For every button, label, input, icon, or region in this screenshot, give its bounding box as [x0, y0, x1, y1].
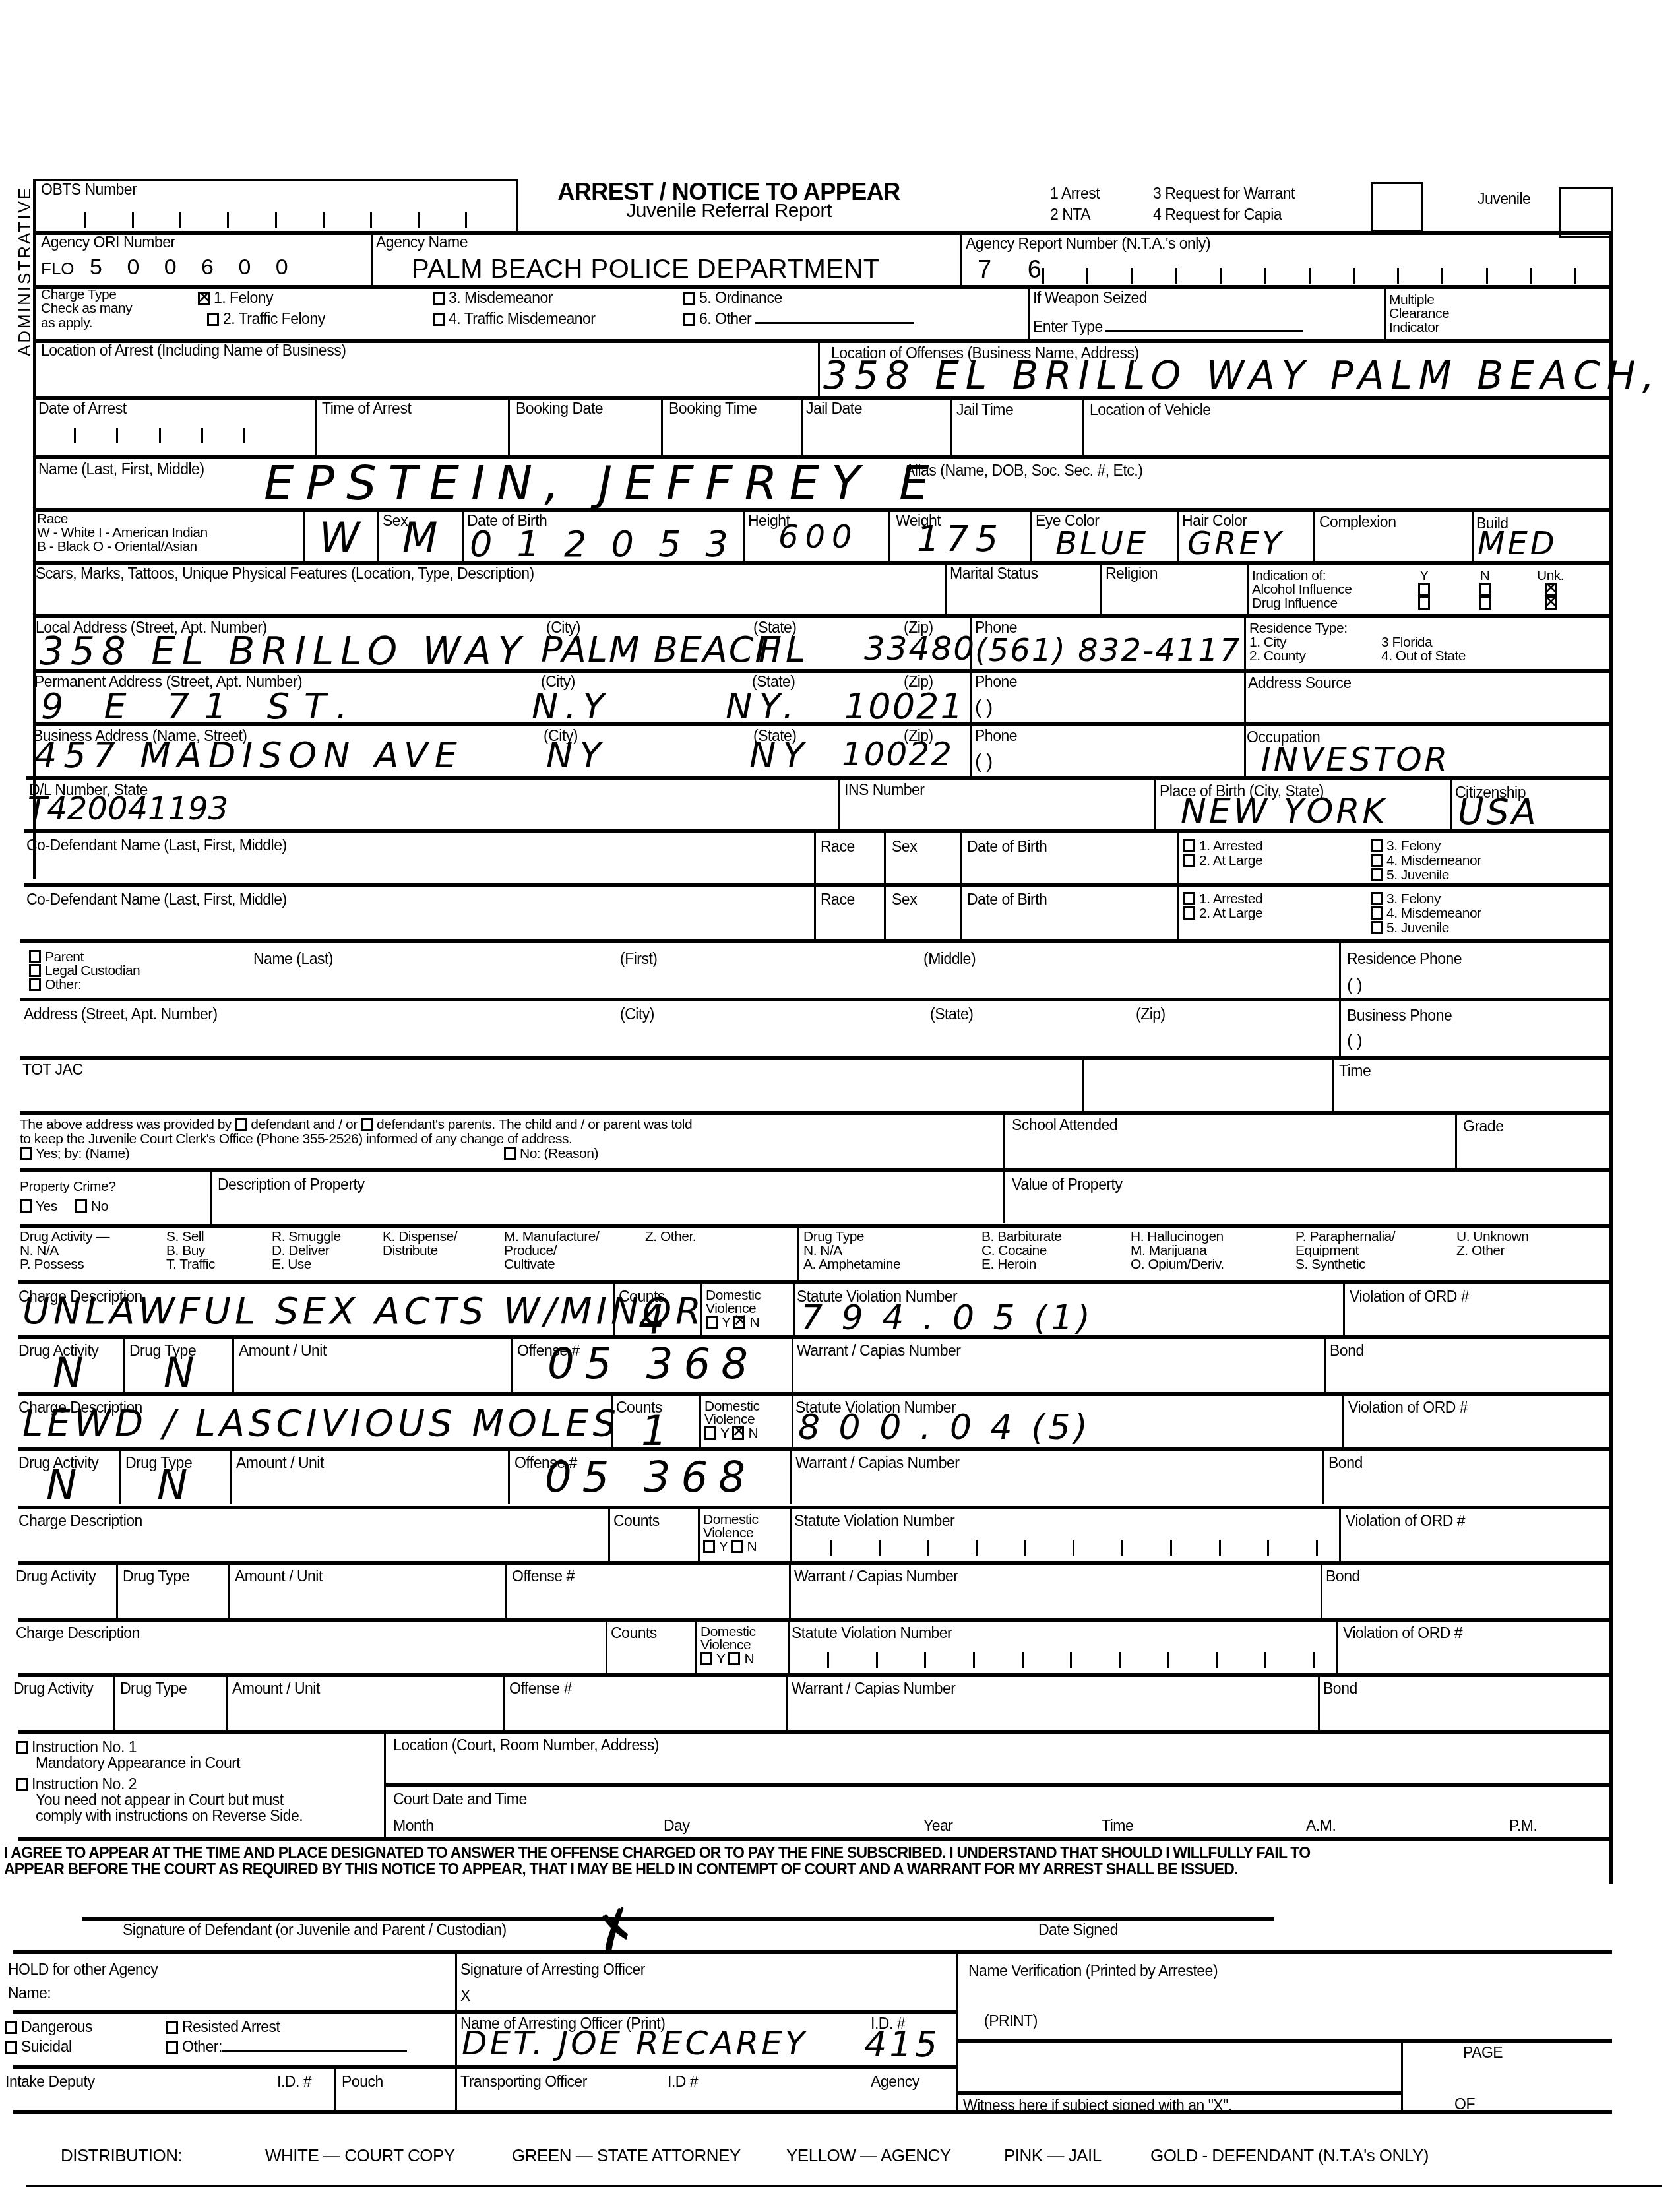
ins-number-label: INS Number	[844, 782, 925, 798]
religion-label: Religion	[1105, 566, 1158, 581]
charge-1-counts-value[interactable]: 4	[638, 1300, 671, 1341]
name-verification-label: Name Verification (Printed by Arrestee)	[968, 1963, 1218, 1979]
transporting-id-label: I.D #	[668, 2074, 698, 2089]
address-source-label: Address Source	[1248, 676, 1352, 691]
divider	[18, 1392, 1612, 1396]
administrative-side-label: ADMINISTRATIVE	[15, 186, 35, 356]
codefendant-1-name-label: Co-Defendant Name (Last, First, Middle)	[26, 838, 287, 853]
divider	[20, 1111, 1612, 1115]
charge-1-drug-type-value[interactable]: N	[164, 1352, 201, 1393]
type-code-box[interactable]	[1371, 182, 1423, 232]
citizenship-value[interactable]: USA	[1458, 794, 1539, 830]
charge-2-dv[interactable]: DomesticViolenceY N	[704, 1400, 760, 1440]
flags-right[interactable]: Resisted Arrest Other:	[166, 2017, 407, 2057]
divider	[18, 1673, 1612, 1677]
address-notice: The above address was provided by defend…	[20, 1118, 692, 1161]
court-am-label: A.M.	[1306, 1818, 1336, 1833]
divider	[788, 1619, 790, 1673]
divider	[34, 722, 1612, 726]
agency-ori-value: FLO 5 0 0 6 0 0	[41, 255, 297, 280]
charge-1-statute-value[interactable]: 7 9 4 . 0 5 (1)	[801, 1301, 1094, 1335]
instruction-1[interactable]: Instruction No. 1 Mandatory Appearance i…	[16, 1739, 240, 1771]
divider	[1313, 509, 1315, 562]
divider	[818, 340, 820, 400]
divider	[13, 2065, 958, 2069]
charge-3-drug-type-label: Drug Type	[123, 1569, 189, 1584]
hold-label: HOLD for other Agency	[8, 1962, 158, 1977]
codefendant-2-dob-label: Date of Birth	[967, 892, 1047, 907]
divider	[661, 397, 663, 459]
codefendant-2-charge[interactable]: 3. Felony 4. Misdemeanor 5. Juvenile	[1371, 892, 1481, 936]
charge-2-drug-activity-value[interactable]: N	[46, 1465, 83, 1506]
divider	[18, 1506, 1612, 1509]
charge-option-ordinance[interactable]: 5. Ordinance	[683, 290, 782, 305]
divider	[26, 2185, 1662, 2187]
codefendant-1-charge[interactable]: 3. Felony 4. Misdemeanor 5. Juvenile	[1371, 839, 1481, 883]
divider	[315, 397, 317, 459]
divider	[958, 2039, 1612, 2043]
enter-type-label[interactable]: Enter Type	[1033, 319, 1303, 334]
agreement-text: I AGREE TO APPEAR AT THE TIME AND PLACE …	[4, 1845, 1310, 1878]
charge-3-counts-label: Counts	[613, 1513, 660, 1529]
divider	[210, 1169, 212, 1224]
property-crime[interactable]: Property Crime? YesNo	[20, 1177, 115, 1217]
agency-report-label: Agency Report Number (N.T.A.'s only)	[966, 236, 1210, 251]
divider	[1339, 1507, 1341, 1561]
charge-1-bond-label: Bond	[1330, 1343, 1364, 1358]
divider	[699, 1393, 701, 1447]
charge-2-statute-value[interactable]: 8 0 0 . 0 4 (5)	[798, 1411, 1092, 1445]
codefendant-2-race-label: Race	[821, 892, 855, 907]
date-ticks	[74, 428, 245, 443]
date-signed-label: Date Signed	[1038, 1922, 1118, 1938]
divider	[455, 1952, 457, 2110]
pouch-label: Pouch	[342, 2074, 383, 2089]
biz-street-value[interactable]: 457 MADISON AVE	[34, 738, 464, 773]
indication-unk[interactable]: Unk.	[1537, 569, 1564, 610]
divider	[334, 2066, 336, 2110]
divider	[1322, 1449, 1324, 1504]
divider	[13, 2010, 958, 2014]
divider	[1082, 1057, 1084, 1111]
charge-2-counts-value[interactable]: 1	[641, 1411, 673, 1451]
divider	[18, 1280, 1612, 1284]
checkbox-checked[interactable]	[198, 292, 210, 305]
jail-date-label: Jail Date	[806, 401, 862, 416]
charge-option-other[interactable]: 6. Other	[683, 311, 914, 327]
checkbox[interactable]	[433, 292, 445, 305]
divider	[1244, 615, 1246, 776]
guardian-city-label: (City)	[620, 1007, 654, 1022]
guardian-res-phone-label: Residence Phone	[1347, 951, 1462, 967]
transporting-agency-label: Agency	[871, 2074, 919, 2089]
divider	[505, 1562, 507, 1618]
divider	[508, 397, 510, 459]
statute-ticks	[827, 1652, 1315, 1668]
biz-phone-label: Phone	[975, 728, 1017, 744]
perm-zip-value[interactable]: 10021	[844, 689, 964, 724]
divider	[790, 1507, 792, 1561]
charge-3-statute-label: Statute Violation Number	[794, 1513, 954, 1529]
guardian-address-label: Address (Street, Apt. Number)	[24, 1007, 218, 1022]
charge-1-amount-label: Amount / Unit	[239, 1343, 327, 1358]
booking-time-label: Booking Time	[669, 401, 757, 416]
distribution-row: DISTRIBUTION: WHITE — COURT COPY GREEN —…	[61, 2147, 1429, 2164]
divider	[1455, 1112, 1457, 1168]
divider	[611, 1393, 613, 1447]
divider	[226, 1674, 228, 1730]
divider	[371, 232, 373, 285]
charge-4-ord-label: Violation of ORD #	[1343, 1626, 1462, 1641]
guardian-biz-phone-label: Business Phone	[1347, 1008, 1452, 1023]
instruction-2[interactable]: Instruction No. 2 You need not appear in…	[16, 1776, 303, 1824]
divider	[1154, 777, 1156, 830]
divider	[1082, 397, 1084, 459]
divider	[123, 1337, 125, 1392]
divider	[970, 615, 972, 776]
court-pm-label: P.M.	[1509, 1818, 1537, 1833]
charge-4-statute-label: Statute Violation Number	[792, 1626, 952, 1641]
charge-3-warrant-label: Warrant / Capias Number	[794, 1569, 958, 1584]
divider	[1401, 2040, 1403, 2110]
checkbox[interactable]	[683, 292, 695, 305]
ori-prefix: FLO	[41, 259, 75, 278]
divider	[18, 1561, 1612, 1565]
divider	[116, 1562, 118, 1618]
divider	[26, 776, 1612, 780]
time-label: Time	[1339, 1064, 1371, 1079]
divider	[13, 1950, 1612, 1954]
charge-1-drug-activity-value[interactable]: N	[53, 1352, 90, 1393]
divider	[1100, 562, 1102, 615]
local-phone-value[interactable]: (561) 832-4117	[975, 635, 1241, 666]
divider	[743, 509, 745, 562]
divider	[792, 1337, 793, 1392]
divider	[958, 2091, 1401, 2095]
charge-1-ord-label: Violation of ORD #	[1350, 1289, 1469, 1304]
race-value[interactable]: W	[319, 517, 366, 558]
divider	[1343, 1281, 1345, 1335]
height-value[interactable]: 600	[778, 521, 859, 553]
place-of-birth-value[interactable]: NEW YORK	[1181, 794, 1388, 829]
divider	[1324, 1337, 1326, 1392]
marital-status-label: Marital Status	[950, 566, 1038, 581]
divider	[1247, 562, 1249, 615]
charge-2-desc-value[interactable]: LEWD / LASCIVIOUS MOLES	[22, 1405, 620, 1442]
codefendant-2-name-label: Co-Defendant Name (Last, First, Middle)	[26, 892, 287, 907]
local-zip-value[interactable]: 33480	[864, 632, 976, 665]
hair-color-value[interactable]: GREY	[1187, 528, 1284, 559]
divider	[508, 1449, 510, 1504]
charge-2-offense-value[interactable]: 05 368	[545, 1457, 756, 1499]
divider	[698, 1507, 700, 1561]
race-label: Race W - White I - American Indian B - B…	[37, 512, 208, 554]
divider	[18, 1837, 1612, 1841]
indication-n[interactable]: N	[1479, 569, 1491, 610]
location-of-arrest-label: Location of Arrest (Including Name of Bu…	[41, 343, 346, 358]
divider	[1384, 286, 1386, 339]
divider	[608, 1507, 610, 1561]
ori-digits: 5 0 0 6 0 0	[90, 255, 297, 280]
biz-city-value[interactable]: NY	[546, 738, 607, 773]
charge-4-warrant-label: Warrant / Capias Number	[792, 1681, 955, 1696]
flags-left[interactable]: Dangerous Suicidal	[5, 2017, 92, 2057]
divider	[228, 1562, 230, 1618]
charge-4-desc-label: Charge Description	[16, 1626, 140, 1641]
divider	[303, 509, 305, 562]
report-ticks	[1042, 268, 1576, 284]
sex-value[interactable]: M	[402, 517, 445, 558]
divider	[24, 829, 1612, 833]
build-value[interactable]: MED	[1478, 528, 1557, 559]
name-value[interactable]: EPSTEIN, JEFFREY E	[264, 459, 941, 507]
type-option-nta: 2 NTA	[1050, 207, 1090, 222]
charge-3-ord-label: Violation of ORD #	[1346, 1513, 1465, 1529]
perm-city-value[interactable]: N.Y	[532, 689, 611, 724]
drug-type-legend: Drug TypeN. N/AA. Amphetamine B. Barbitu…	[803, 1230, 1562, 1271]
divider	[888, 509, 890, 562]
charge-1-warrant-label: Warrant / Capias Number	[797, 1343, 960, 1358]
court-year-label: Year	[923, 1818, 952, 1833]
biz-phone-value[interactable]: ( )	[975, 752, 993, 772]
charge-option-felony[interactable]: 1. Felony	[198, 290, 273, 305]
intake-deputy-label: Intake Deputy	[5, 2074, 94, 2089]
weapon-seized-label: If Weapon Seized	[1033, 290, 1147, 305]
guardian-first-label: (First)	[620, 951, 658, 967]
divider	[945, 562, 947, 615]
checkbox[interactable]	[683, 313, 695, 326]
indication-label: Indication of: Alcohol Influence Drug In…	[1252, 569, 1352, 610]
description-of-property-label: Description of Property	[218, 1177, 364, 1192]
divider	[1030, 509, 1032, 562]
codefendant-2-status[interactable]: 1. Arrested 2. At Large	[1183, 892, 1262, 921]
biz-state-value[interactable]: NY	[749, 738, 811, 773]
divider	[695, 1619, 697, 1673]
guardian-biz-phone-value[interactable]: ( )	[1347, 1032, 1362, 1049]
codefendant-1-status[interactable]: 1. Arrested 2. At Large	[1183, 839, 1262, 868]
checkbox[interactable]	[207, 313, 219, 326]
tot-jac-label: TOT JAC	[22, 1062, 83, 1077]
charge-4-drug-type-label: Drug Type	[120, 1681, 187, 1696]
officer-signature-label: Signature of Arresting Officer	[460, 1962, 645, 1977]
divider	[18, 1335, 1612, 1339]
date-of-arrest-label: Date of Arrest	[38, 401, 127, 416]
charge-2-ord-label: Violation of ORD #	[1348, 1400, 1468, 1415]
divider	[1028, 286, 1030, 339]
page-label: PAGE	[1463, 2045, 1503, 2060]
location-of-vehicle-label: Location of Vehicle	[1090, 402, 1211, 418]
divider	[1177, 509, 1179, 562]
checkbox[interactable]	[433, 313, 445, 326]
divider	[792, 1393, 793, 1447]
agency-name-value: PALM BEACH POLICE DEPARTMENT	[412, 255, 880, 284]
local-street-value[interactable]: 358 EL BRILLO WAY	[40, 632, 528, 670]
officer-signature-x[interactable]: X	[460, 1988, 470, 2004]
perm-state-value[interactable]: NY.	[726, 689, 801, 724]
codefendant-1-sex-label: Sex	[892, 839, 917, 854]
juvenile-box[interactable]	[1559, 187, 1613, 238]
charge-option-misdemeanor[interactable]: 3. Misdemeanor	[433, 290, 553, 305]
divider	[797, 1226, 799, 1281]
dl-number-value[interactable]: T420041193	[28, 793, 228, 825]
charge-2-drug-type-value[interactable]: N	[157, 1465, 194, 1506]
type-option-warrant: 3 Request for Warrant	[1153, 186, 1295, 201]
residence-type: Residence Type: 1. City3 Florida 2. Coun…	[1249, 621, 1466, 663]
booking-date-label: Booking Date	[516, 401, 603, 416]
court-time-label: Time	[1102, 1818, 1133, 1833]
hold-name-label: Name:	[8, 1986, 51, 2001]
divider	[377, 509, 379, 562]
charge-1-desc-value[interactable]: UNLAWFUL SEX ACTS W/MINOR	[22, 1293, 705, 1330]
value-of-property-label: Value of Property	[1012, 1177, 1123, 1192]
divider	[511, 1337, 513, 1392]
divider	[1450, 777, 1452, 830]
divider	[119, 1449, 121, 1504]
name-label: Name (Last, First, Middle)	[38, 462, 204, 477]
alias-label: Alias (Name, DOB, Soc. Sec. #, Etc.)	[905, 463, 1142, 478]
weight-value[interactable]: 175	[917, 521, 1005, 557]
court-location-label: Location (Court, Room Number, Address)	[393, 1738, 659, 1753]
agency-ori-label: Agency ORI Number	[41, 235, 175, 250]
divider	[613, 1281, 615, 1335]
type-option-arrest: 1 Arrest	[1050, 186, 1100, 201]
school-attended-label: School Attended	[1012, 1118, 1117, 1133]
charge-4-offense-label: Offense #	[509, 1681, 572, 1696]
divider	[18, 1447, 1612, 1451]
divider	[1321, 1562, 1322, 1618]
divider	[793, 1281, 795, 1335]
divider	[385, 1783, 1612, 1787]
divider	[13, 2110, 1612, 2114]
divider	[20, 998, 1612, 1001]
court-day-label: Day	[664, 1818, 689, 1833]
charge-3-amount-label: Amount / Unit	[235, 1569, 323, 1584]
divider	[838, 777, 840, 830]
multiple-clearance-label: Multiple Clearance Indicator	[1389, 293, 1449, 334]
defendant-signature: ✗	[584, 1894, 647, 1967]
drug-activity-legend: Drug Activity —N. N/AP. Possess S. SellB…	[20, 1230, 724, 1271]
divider	[960, 232, 962, 285]
eye-color-value[interactable]: BLUE	[1055, 528, 1148, 559]
charge-1-offense-value[interactable]: 05 368	[547, 1343, 759, 1385]
court-date-time-label: Court Date and Time	[393, 1792, 527, 1807]
divider	[34, 231, 1612, 235]
obts-number-label: OBTS Number	[41, 182, 137, 197]
codefendant-1-race-label: Race	[821, 839, 855, 854]
divider	[34, 614, 1612, 618]
charge-2-warrant-label: Warrant / Capias Number	[795, 1455, 959, 1471]
officer-name-value[interactable]: DET. JOE RECAREY	[462, 2027, 807, 2060]
intake-id-label: I.D. #	[277, 2074, 311, 2089]
divider	[18, 1730, 1612, 1734]
time-of-arrest-label: Time of Arrest	[322, 401, 411, 416]
local-state-value[interactable]: FL	[759, 632, 812, 668]
charge-4-amount-label: Amount / Unit	[232, 1681, 320, 1696]
divider	[950, 397, 952, 459]
perm-phone-label: Phone	[975, 674, 1017, 689]
guardian-last-label: Name (Last)	[253, 951, 333, 967]
guardian-zip-label: (Zip)	[1136, 1007, 1166, 1022]
divider	[20, 1168, 1612, 1172]
perm-street-value[interactable]: 9 E 71 ST.	[41, 689, 362, 724]
agency-name-label: Agency Name	[376, 235, 468, 250]
guardian-middle-label: (Middle)	[923, 951, 976, 967]
codefendant-1-dob-label: Date of Birth	[967, 839, 1047, 854]
court-month-label: Month	[393, 1818, 433, 1833]
perm-phone-value[interactable]: ( )	[975, 698, 993, 718]
guardian-res-phone-value[interactable]: ( )	[1347, 976, 1362, 994]
grade-label: Grade	[1463, 1119, 1503, 1134]
divider	[34, 508, 1612, 512]
charge-option-traffic-misdemeanor[interactable]: 4. Traffic Misdemeanor	[433, 311, 596, 327]
statute-ticks	[830, 1540, 1318, 1556]
complexion-label: Complexion	[1319, 515, 1396, 530]
location-of-offenses-value[interactable]: 358 EL BRILLO WAY PALM BEACH, FL	[823, 356, 1680, 395]
juvenile-label: Juvenile	[1478, 191, 1530, 206]
indication-y[interactable]: Y	[1418, 569, 1430, 610]
charge-4-drug-activity-label: Drug Activity	[13, 1681, 93, 1696]
charge-4-dv[interactable]: DomesticViolenceY N	[700, 1626, 756, 1666]
divider	[230, 1449, 232, 1504]
jail-time-label: Jail Time	[956, 402, 1013, 418]
form-subtitle: Juvenile Referral Report	[547, 200, 910, 222]
local-city-value[interactable]: PALM BEACH	[541, 632, 783, 668]
divider	[232, 1337, 234, 1392]
divider	[700, 1281, 702, 1335]
guardian-state-label: (State)	[930, 1007, 974, 1022]
guardian-type[interactable]: Parent Legal Custodian Other:	[29, 950, 140, 992]
divider	[113, 1674, 115, 1730]
charge-3-drug-activity-label: Drug Activity	[16, 1569, 96, 1584]
form-right-border	[1609, 235, 1613, 1884]
divider	[789, 1562, 791, 1618]
charge-type-label: Charge Type Check as many as apply.	[41, 288, 132, 330]
type-option-capia: 4 Request for Capia	[1153, 207, 1282, 222]
divider	[790, 1449, 792, 1504]
divider	[20, 939, 1612, 943]
charge-4-counts-label: Counts	[611, 1626, 657, 1641]
divider	[18, 1618, 1612, 1622]
officer-id-value[interactable]: 415	[864, 2027, 940, 2062]
defendant-signature-label: Signature of Defendant (or Juvenile and …	[123, 1922, 507, 1938]
divider	[24, 883, 1612, 887]
divider	[1332, 1057, 1334, 1111]
charge-4-bond-label: Bond	[1323, 1681, 1357, 1696]
divider	[786, 1674, 788, 1730]
transporting-officer-label: Transporting Officer	[460, 2074, 587, 2089]
divider	[606, 1619, 607, 1673]
divider	[462, 509, 464, 562]
charge-1-dv[interactable]: DomesticViolenceY N	[706, 1289, 761, 1329]
divider	[1472, 509, 1474, 562]
divider	[956, 1952, 958, 2110]
charge-option-traffic-felony[interactable]: 2. Traffic Felony	[207, 311, 325, 327]
occupation-value[interactable]: INVESTOR	[1261, 743, 1450, 776]
dob-value[interactable]: 0 1 2 0 5 3	[470, 526, 735, 562]
divider	[20, 1224, 1612, 1228]
divider	[1336, 1619, 1338, 1673]
charge-2-amount-label: Amount / Unit	[236, 1455, 324, 1471]
charge-2-bond-label: Bond	[1328, 1455, 1363, 1471]
divider	[1342, 1393, 1344, 1447]
charge-3-desc-label: Charge Description	[18, 1513, 142, 1529]
divider	[20, 1056, 1612, 1060]
charge-3-dv[interactable]: DomesticViolenceY N	[703, 1513, 759, 1554]
charge-3-bond-label: Bond	[1326, 1569, 1360, 1584]
biz-zip-value[interactable]: 10022	[842, 738, 953, 771]
print-label: (PRINT)	[984, 2014, 1038, 2029]
scars-label: Scars, Marks, Tattoos, Unique Physical F…	[36, 566, 534, 581]
